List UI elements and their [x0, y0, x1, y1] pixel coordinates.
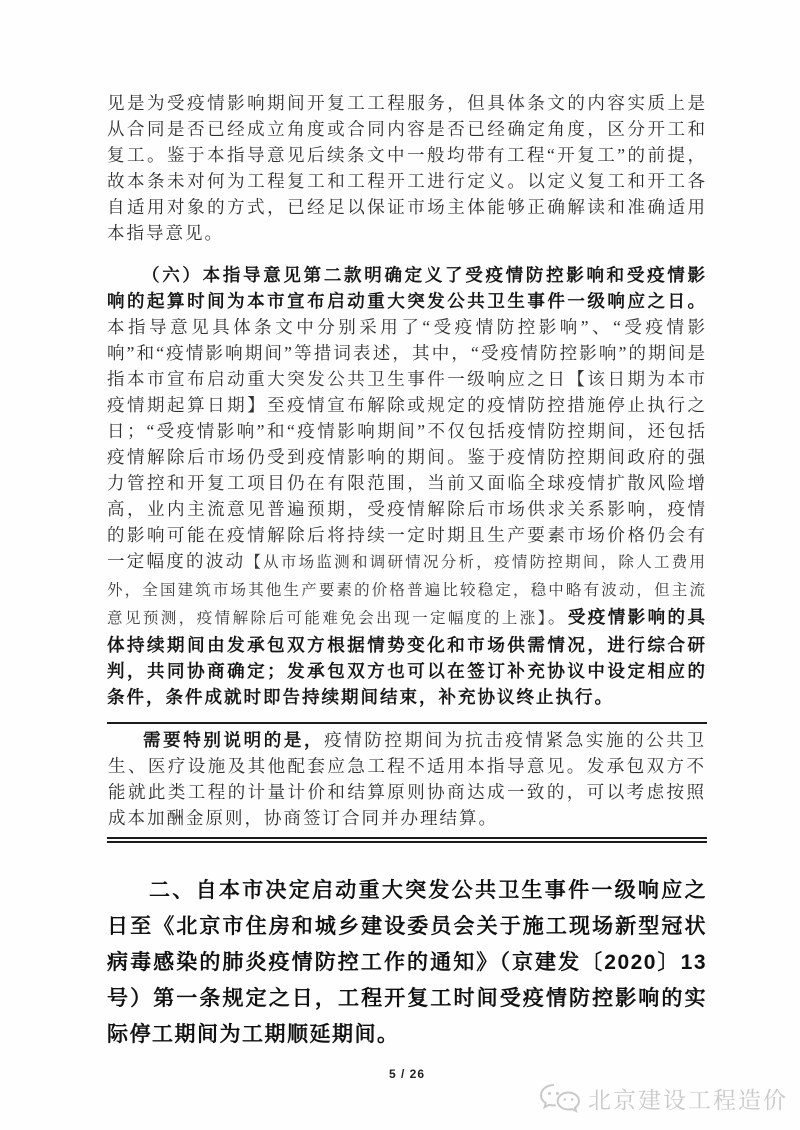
watermark: 北京建设工程造价: [539, 1082, 788, 1115]
notice-box: 需要特别说明的是，疫情防控期间为抗击疫情紧急实施的公共卫生、医疗设施及其他配套应…: [107, 722, 707, 843]
text-run-regular: 见是为受疫情影响期间开复工工程服务，但具体条文的内容实质上是从合同是否已经成立角…: [107, 93, 707, 243]
text-run-regular: 。: [548, 607, 568, 627]
text-run-heading: 二、自本市决定启动重大突发公共卫生事件一级响应之日至《北京市住房和城乡建设委员会…: [107, 879, 707, 1046]
section-two-heading: 二、自本市决定启动重大突发公共卫生事件一级响应之日至《北京市住房和城乡建设委员会…: [107, 873, 707, 1053]
wechat-icon: [539, 1083, 581, 1115]
clause-six-paragraph: （六）本指导意见第二款明确定义了受疫情防控影响和受疫情影响的起算时间为本市宣布启…: [107, 262, 707, 710]
special-note-paragraph: 需要特别说明的是，疫情防控期间为抗击疫情紧急实施的公共卫生、医疗设施及其他配套应…: [108, 727, 706, 831]
watermark-label: 北京建设工程造价: [588, 1082, 788, 1115]
document-body: 见是为受疫情影响期间开复工工程服务，但具体条文的内容实质上是从合同是否已经成立角…: [107, 90, 707, 1081]
text-run-bold: （六）本指导意见第二款明确定义了受疫情防控影响和受疫情影响的起算时间为本市宣布启…: [107, 265, 707, 311]
document-page: 见是为受疫情影响期间开复工工程服务，但具体条文的内容实质上是从合同是否已经成立角…: [0, 0, 800, 1130]
text-run-regular: 至疫情宣布解除或规定的疫情防控措施停止执行之日；“受疫情影响”和“疫情影响期间”…: [107, 395, 707, 571]
text-run-bold: 需要特别说明的是，: [143, 730, 324, 750]
continuation-paragraph: 见是为受疫情影响期间开复工工程服务，但具体条文的内容实质上是从合同是否已经成立角…: [107, 90, 707, 246]
page-number: 5 / 26: [107, 1067, 707, 1081]
